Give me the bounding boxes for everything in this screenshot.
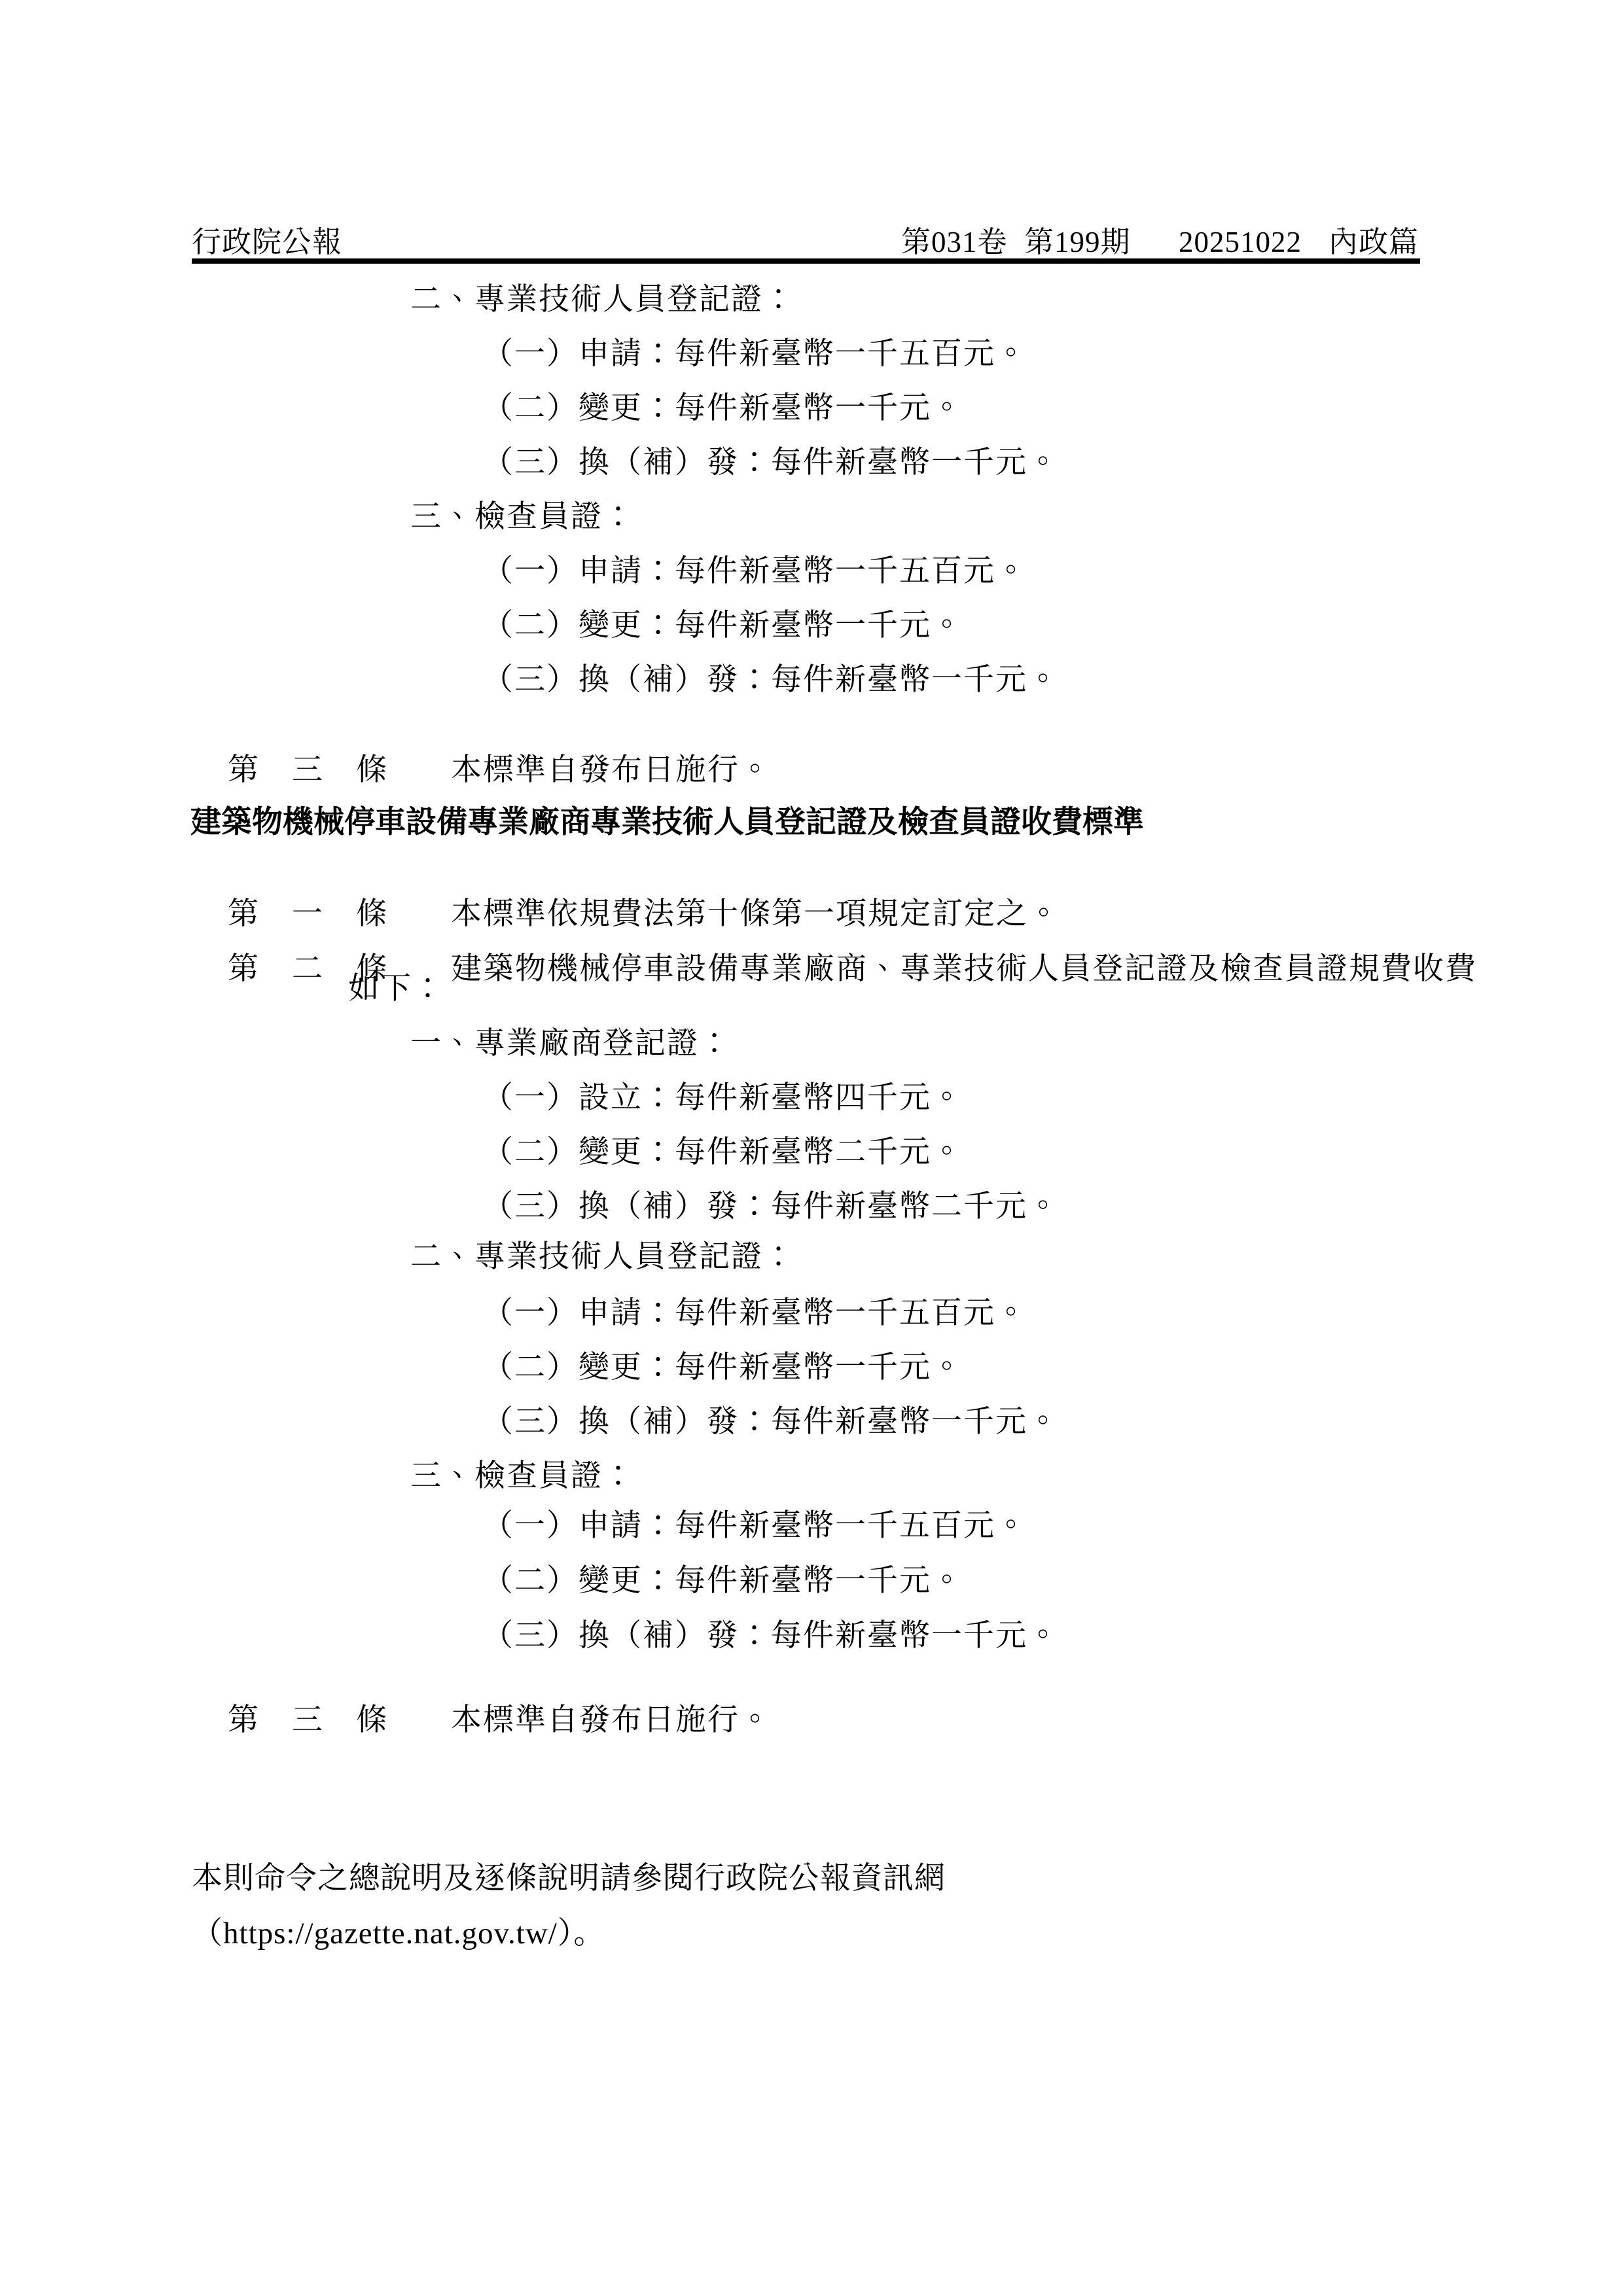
list-subitem: （二）變更：每件新臺幣一千元。 [482,1564,963,1598]
list-subitem: （三）換（補）發：每件新臺幣一千元。 [482,663,1060,698]
header-volume: 第031卷 [901,226,1008,259]
gazette-title: 行政院公報 [192,226,342,259]
list-subitem: （三）換（補）發：每件新臺幣一千元。 [482,1619,1060,1653]
standard-title: 建築物機械停車設備專業廠商專業技術人員登記證及檢查員證收費標準 [190,806,1144,840]
article-text-continuation: 如下： [348,972,444,1006]
header-date: 20251022 [1179,226,1302,259]
article-number: 第 三 條 [228,753,388,787]
list-subitem: （二）變更：每件新臺幣二千元。 [482,1136,963,1170]
list-subitem: （三）換（補）發：每件新臺幣二千元。 [482,1190,1060,1224]
list-subitem: （二）變更：每件新臺幣一千元。 [482,1351,963,1385]
header-issue: 第199期 [1024,226,1131,259]
note-line: 本則命令之總說明及逐條說明請參閱行政院公報資訊網 [192,1862,946,1896]
list-subitem: （一）申請：每件新臺幣一千五百元。 [482,1297,1027,1331]
list-subitem: （一）設立：每件新臺幣四千元。 [482,1082,963,1116]
list-subitem: （二）變更：每件新臺幣一千元。 [482,392,963,426]
article-text: 本標準自發布日施行。 [451,1703,772,1737]
list-subitem: （一）申請：每件新臺幣一千五百元。 [482,338,1027,372]
article-line: 第 三 條本標準自發布日施行。 [192,1670,772,1771]
list-item-label: 二、專業技術人員登記證： [410,1241,795,1275]
article-text: 建築物機械停車設備專業廠商、專業技術人員登記證及檢查員證規費收費 [451,952,1477,986]
list-item-label: 三、檢查員證： [410,501,635,535]
note-url-line: （https://gazette.nat.gov.tw/）。 [192,1917,605,1951]
article-text: 本標準自發布日施行。 [451,753,772,787]
header-rule [192,258,1420,264]
list-subitem: （一）申請：每件新臺幣一千五百元。 [482,1510,1027,1544]
article-number: 第 三 條 [228,1703,388,1737]
list-item-label: 一、專業廠商登記證： [410,1027,731,1061]
list-subitem: （二）變更：每件新臺幣一千元。 [482,609,963,643]
list-subitem: （三）換（補）發：每件新臺幣一千元。 [482,1405,1060,1439]
header-section: 內政篇 [1329,226,1419,259]
list-item-label: 三、檢查員證： [410,1460,635,1494]
gazette-page: 行政院公報 第031卷 第199期 20251022 內政篇 二、專業技術人員登… [0,0,1623,2296]
list-item-label: 二、專業技術人員登記證： [410,283,795,317]
list-subitem: （一）申請：每件新臺幣一千五百元。 [482,555,1027,589]
list-subitem: （三）換（補）發：每件新臺幣一千元。 [482,446,1060,480]
